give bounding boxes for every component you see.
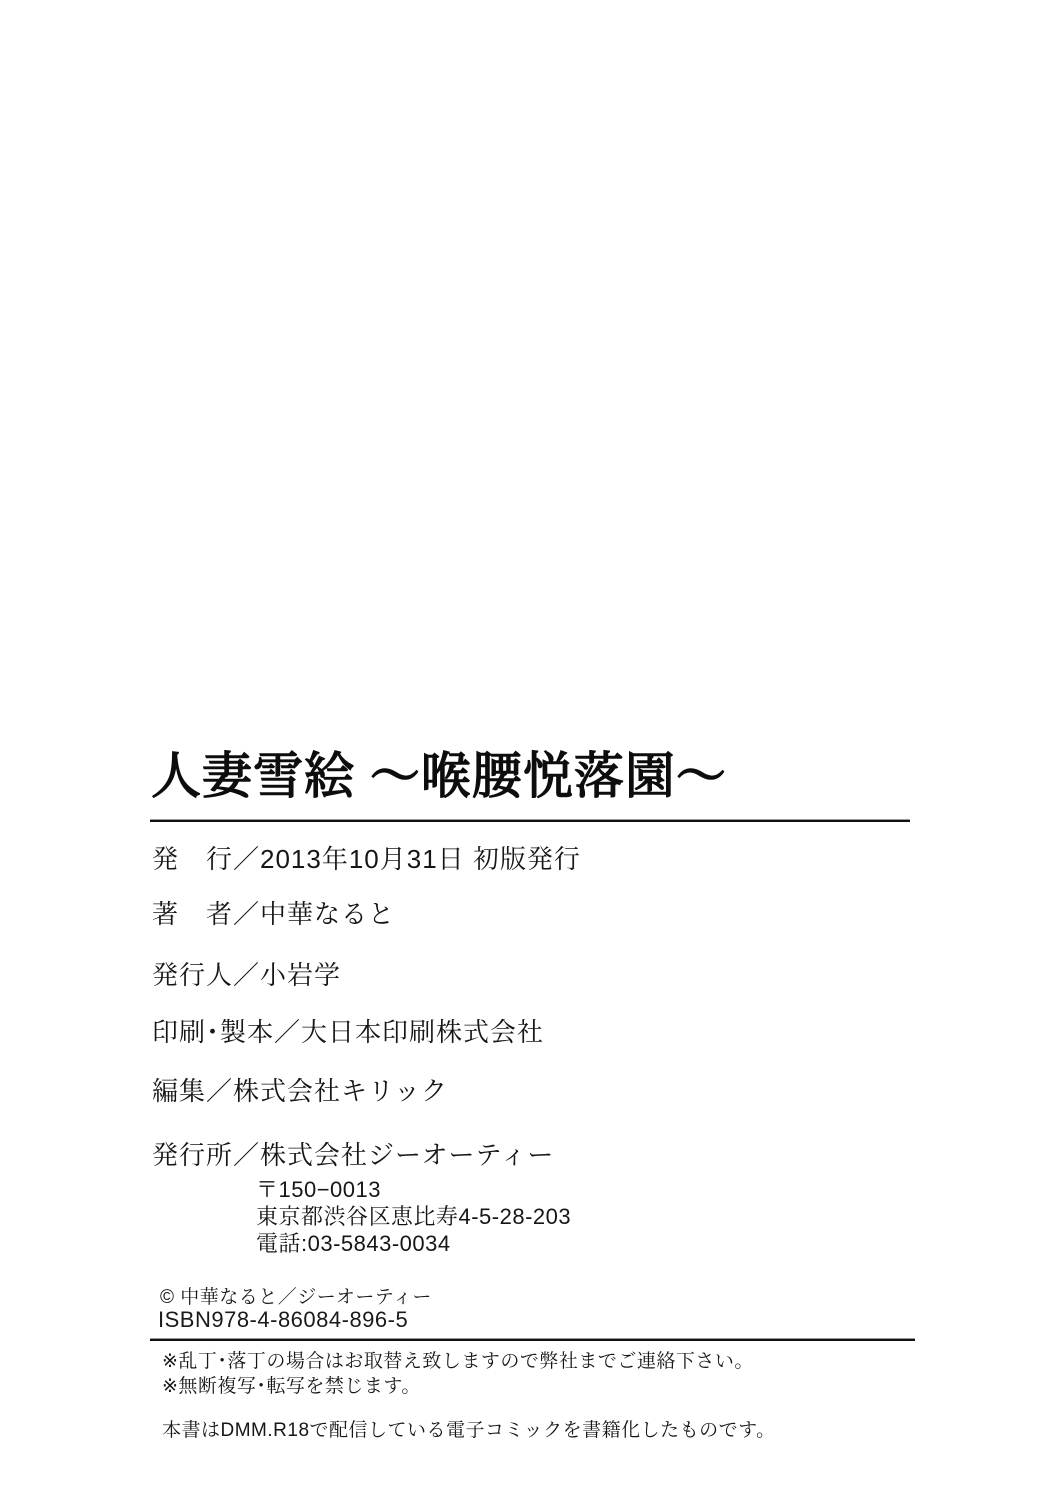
source-note-line: 本書はDMM.R18で配信している電子コミックを書籍化したものです。 [162, 1421, 776, 1442]
editing-line: 編集／株式会社キリック [152, 1077, 448, 1107]
publisher-address: 〒150−0013 東京都渋谷区恵比寿4-5-28-203 電話:03-5843… [256, 1176, 571, 1257]
publication-line: 発 行／2013年10月31日 初版発行 [152, 845, 581, 875]
postal-code-line: 〒150−0013 [256, 1176, 571, 1203]
publisher-person-line: 発行人／小岩学 [152, 961, 341, 991]
title-divider [150, 819, 910, 822]
printing-line: 印刷･製本／大日本印刷株式会社 [152, 1018, 544, 1048]
author-line: 著 者／中華なると [152, 900, 395, 930]
copy-prohibition-line: ※無断複写･転写を禁じます。 [162, 1377, 421, 1398]
handling-note-line: ※乱丁･落丁の場合はお取替え致しますので弊社までご連絡下さい。 [162, 1352, 754, 1373]
isbn-divider [150, 1338, 915, 1341]
phone-line: 電話:03-5843-0034 [256, 1230, 571, 1257]
book-title: 人妻雪絵 ～喉腰悦落園～ [151, 748, 727, 804]
isbn-line: ISBN978-4-86084-896-5 [158, 1308, 408, 1332]
publisher-line: 発行所／株式会社ジーオーティー [152, 1141, 554, 1171]
copyright-line: © 中華なると／ジーオーティー [160, 1288, 432, 1309]
address-line: 東京都渋谷区恵比寿4-5-28-203 [256, 1203, 571, 1230]
colophon-page: 人妻雪絵 ～喉腰悦落園～ 発 行／2013年10月31日 初版発行 著 者／中華… [0, 0, 1050, 1500]
